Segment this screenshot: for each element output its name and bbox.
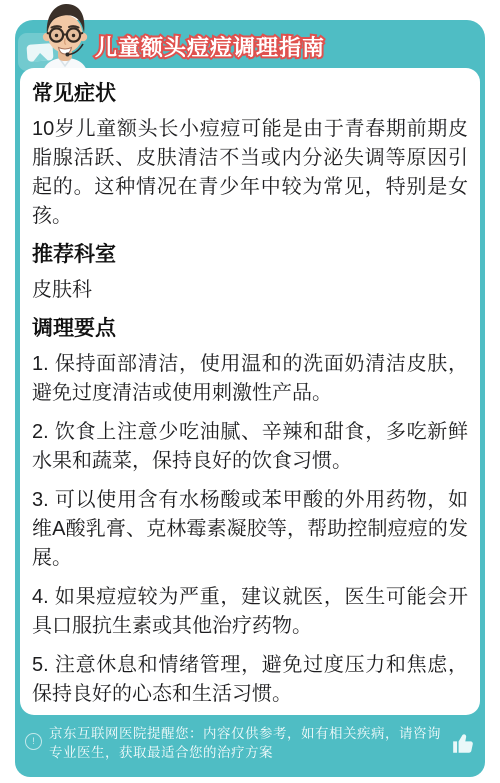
content-panel: 常见症状 10岁儿童额头长小痘痘可能是由于青春期前期皮脂腺活跃、皮肤清洁不当或内… — [20, 68, 480, 715]
care-point-1: 1. 保持面部清洁，使用温和的洗面奶清洁皮肤，避免过度清洁或使用刺激性产品。 — [32, 350, 468, 408]
care-point-4: 4. 如果痘痘较为严重，建议就医，医生可能会开具口服抗生素或其他治疗药物。 — [32, 583, 468, 641]
section-heading-care-points: 调理要点 — [32, 317, 468, 340]
section-heading-common-symptoms: 常见症状 — [32, 82, 468, 105]
department-value: 皮肤科 — [32, 276, 468, 305]
page-title: 儿童额头痘痘调理指南 儿童额头痘痘调理指南 — [95, 31, 325, 61]
thumbs-up-icon[interactable] — [449, 728, 479, 758]
disclaimer-footer: ! 京东互联网医院提醒您：内容仅供参考，如有相关疾病，请咨询专业医生，获取最适合… — [25, 719, 479, 767]
page-title-text: 儿童额头痘痘调理指南 — [95, 35, 325, 60]
section-heading-recommended-department: 推荐科室 — [32, 243, 468, 266]
care-point-5: 5. 注意休息和情绪管理，避免过度压力和焦虑，保持良好的心态和生活习惯。 — [32, 651, 468, 709]
symptoms-paragraph: 10岁儿童额头长小痘痘可能是由于青春期前期皮脂腺活跃、皮肤清洁不当或内分泌失调等… — [32, 115, 468, 231]
disclaimer-text: 京东互联网医院提醒您：内容仅供参考，如有相关疾病，请咨询专业医生，获取最适合您的… — [49, 724, 442, 762]
care-point-2: 2. 饮食上注意少吃油腻、辛辣和甜食，多吃新鲜水果和蔬菜，保持良好的饮食习惯。 — [32, 418, 468, 476]
guide-card: 儿童额头痘痘调理指南 儿童额头痘痘调理指南 常见症状 10岁儿童额头长小痘痘可能… — [15, 20, 485, 777]
info-circle-icon: ! — [25, 733, 42, 750]
care-point-3: 3. 可以使用含有水杨酸或苯甲酸的外用药物，如维A酸乳膏、克林霉素凝胶等，帮助控… — [32, 486, 468, 573]
